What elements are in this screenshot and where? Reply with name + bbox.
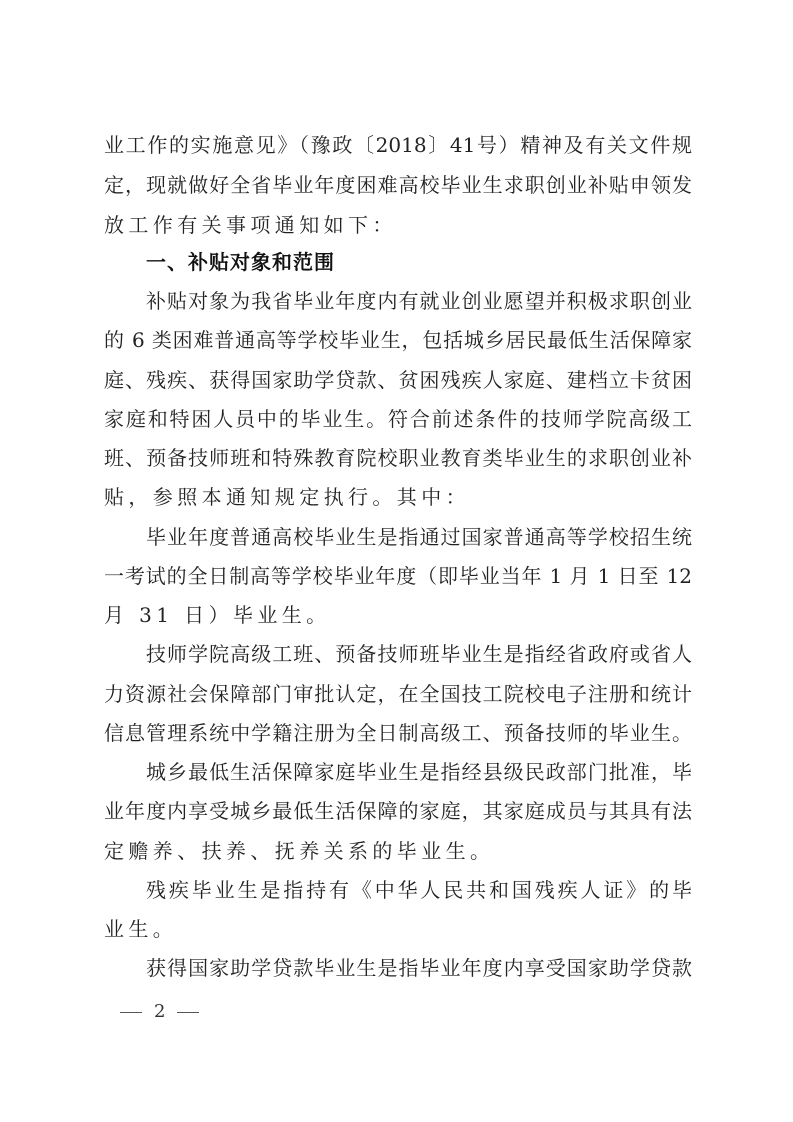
body-text-line: 毕业年度普通高校毕业生是指通过国家普通高等学校招生统 <box>146 523 692 551</box>
dash-left <box>120 1012 142 1013</box>
body-text-line: 技师学院高级工班、预备技师班毕业生是指经省政府或省人 <box>146 640 692 668</box>
body-text-line: 业年度内享受城乡最低生活保障的家庭，其家庭成员与其具有法 <box>104 797 692 825</box>
body-text-line: 庭、残疾、获得国家助学贷款、贫困残疾人家庭、建档立卡贫困 <box>104 366 692 394</box>
body-text-line: 贴，参照本通知规定执行。其中： <box>104 483 692 511</box>
body-text-line: 获得国家助学贷款毕业生是指毕业年度内享受国家助学贷款 <box>146 954 692 982</box>
body-text-line: 信息管理系统中学籍注册为全日制高级工、预备技师的毕业生。 <box>104 719 692 747</box>
page-number-value: 2 <box>154 1000 165 1024</box>
body-text-line: 定赡养、扶养、抚养关系的毕业生。 <box>104 837 692 865</box>
body-text-line: 放工作有关事项通知如下： <box>104 211 692 239</box>
body-text-line: 月 31 日）毕业生。 <box>104 601 692 629</box>
page-number: 2 <box>120 1000 199 1024</box>
body-text-line: 残疾毕业生是指持有《中华人民共和国残疾人证》的毕 <box>146 876 692 904</box>
body-text-line: 的 6 类困难普通高等学校毕业生，包括城乡居民最低生活保障家 <box>104 326 692 354</box>
body-text-line: 班、预备技师班和特殊教育院校职业教育类毕业生的求职创业补 <box>104 444 692 472</box>
body-text-line: 一考试的全日制高等学校毕业年度（即毕业当年 1 月 1 日至 12 <box>104 562 692 590</box>
body-text-line: 家庭和特困人员中的毕业生。符合前述条件的技师学院高级工 <box>104 405 692 433</box>
body-text-line: 力资源社会保障部门审批认定，在全国技工院校电子注册和统计 <box>104 680 692 708</box>
body-text-line: 城乡最低生活保障家庭毕业生是指经县级民政部门批准，毕 <box>146 758 692 786</box>
body-text-line: 业生。 <box>104 915 692 943</box>
document-page: 业工作的实施意见》（豫政〔2018〕41号）精神及有关文件规 定，现就做好全省毕… <box>0 0 793 1122</box>
section-heading: 一、补贴对象和范围 <box>146 248 692 276</box>
body-text-line: 定，现就做好全省毕业年度困难高校毕业生求职创业补贴申领发 <box>104 171 692 199</box>
dash-right <box>177 1012 199 1013</box>
body-text-line: 业工作的实施意见》（豫政〔2018〕41号）精神及有关文件规 <box>104 131 692 159</box>
body-text-line: 补贴对象为我省毕业年度内有就业创业愿望并积极求职创业 <box>146 287 692 315</box>
